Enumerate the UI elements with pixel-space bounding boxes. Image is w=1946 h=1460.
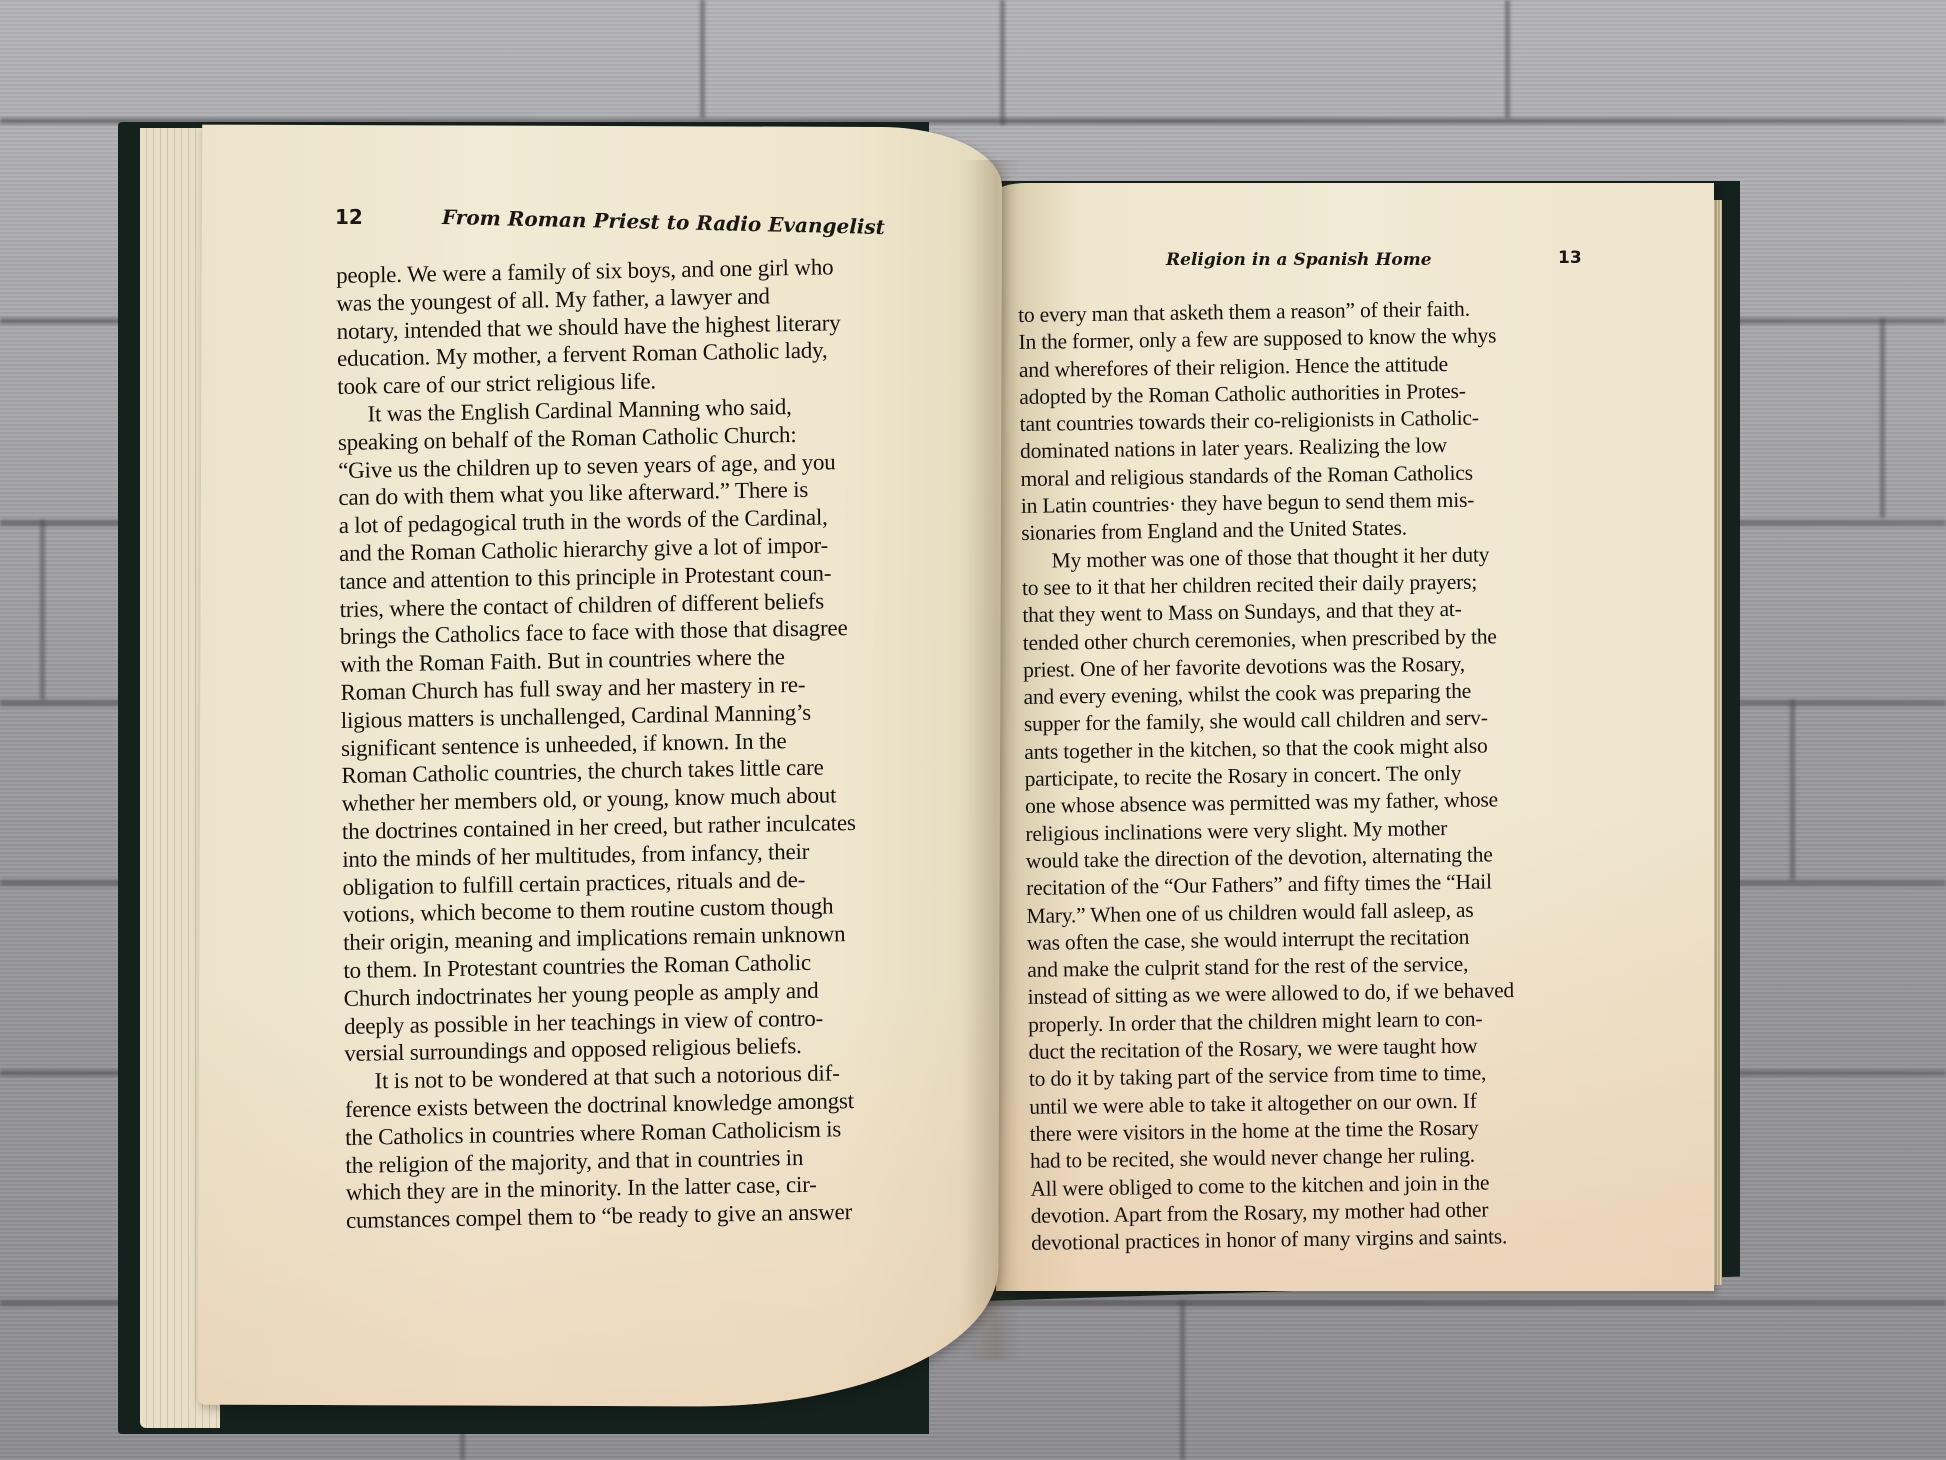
left-page-body: people. We were a family of six boys, an… <box>336 253 860 1235</box>
mortar-joint <box>40 520 45 700</box>
mortar-joint <box>1505 0 1510 118</box>
left-page-number: 12 <box>335 205 363 229</box>
mortar-joint <box>700 0 705 118</box>
mortar-joint <box>1000 0 1005 125</box>
mortar-joint <box>1880 318 1885 518</box>
right-running-head: Religion in a Spanish Home <box>1166 250 1432 270</box>
right-page-body: to every man that asketh them a reason” … <box>1018 295 1518 1257</box>
mortar-joint <box>1790 700 1795 880</box>
right-page-number: 13 <box>1558 248 1582 268</box>
mortar-joint <box>1180 1300 1185 1460</box>
gutter-shadow <box>960 160 1020 1360</box>
